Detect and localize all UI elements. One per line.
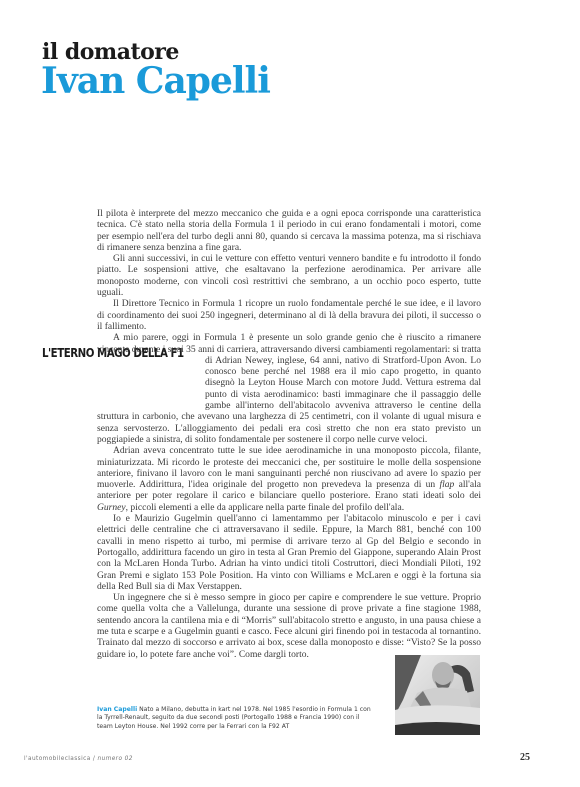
paragraph-text: A mio parere, oggi in Formula 1 è presen… (97, 332, 481, 354)
page-number: 25 (520, 752, 530, 763)
magazine-page: il domatore Ivan Capelli L'ETERNO MAGO D… (0, 0, 580, 787)
paragraph-newey: A mio parere, oggi in Formula 1 è presen… (97, 332, 481, 445)
paragraph: Adrian aveva concentrato tutte le sue id… (97, 445, 481, 513)
italic-term: flap (439, 479, 454, 490)
paragraph: Gli anni successivi, in cui le vetture c… (97, 253, 481, 298)
paragraph: Io e Maurizio Gugelmin quell'anno ci lam… (97, 513, 481, 592)
article-body: Il pilota è interprete del mezzo meccani… (97, 208, 481, 660)
photo-caption: Ivan Capelli Nato a Milano, debutta in k… (97, 706, 372, 731)
italic-term: Gurney (97, 502, 126, 513)
portrait-photo-icon (395, 655, 480, 735)
footer-publication: l'automobileclassica / numero 02 (24, 756, 133, 762)
paragraph: Un ingegnere che si è messo sempre in gi… (97, 592, 481, 660)
caption-name: Ivan Capelli (97, 706, 137, 713)
publication-name: l'automobileclassica / (24, 756, 98, 762)
article-title: Ivan Capelli (41, 61, 270, 101)
paragraph-text: , piccoli elementi a elle da applicare n… (126, 502, 404, 513)
portrait-photo (395, 655, 480, 735)
paragraph: Il pilota è interprete del mezzo meccani… (97, 208, 481, 253)
paragraph-text: Adrian aveva concentrato tutte le sue id… (97, 445, 481, 490)
paragraph: Il Direttore Tecnico in Formula 1 ricopr… (97, 298, 481, 332)
subhead-spacer (97, 356, 205, 401)
issue-number: numero 02 (98, 756, 133, 762)
caption-text: Nato a Milano, debutta in kart nel 1978.… (97, 706, 371, 730)
